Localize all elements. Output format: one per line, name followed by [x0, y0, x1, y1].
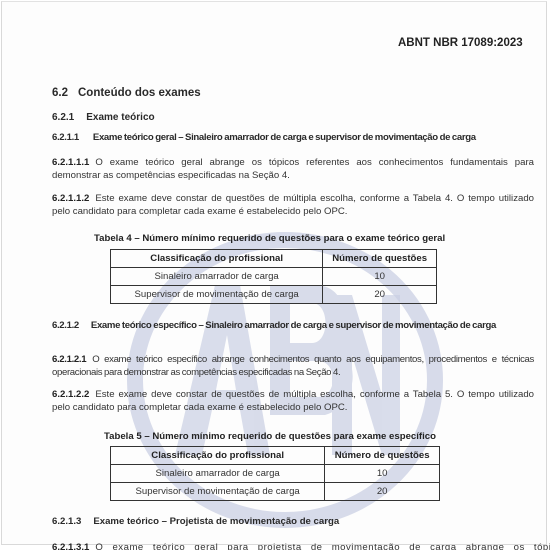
table-5: Classificação do profissional Número de …	[110, 446, 440, 501]
table-header-row: Classificação do profissional Número de …	[111, 447, 440, 465]
subsection-heading: 6.2.1Exame teórico	[52, 112, 155, 123]
paragraph-text: Este exame deve constar de questões de m…	[52, 389, 534, 413]
table-row: Sinaleiro amarrador de carga 10	[111, 465, 440, 483]
table-cell: Supervisor de movimentação de carga	[111, 483, 325, 501]
standard-code-header: ABNT NBR 17089:2023	[398, 37, 523, 49]
table-cell: 20	[323, 286, 437, 304]
subsection-title: Exame teórico	[86, 112, 154, 123]
paragraph-number: 6.2.1.1.2	[52, 193, 89, 204]
paragraph-6-2-1-1-2: 6.2.1.1.2Este exame deve constar de ques…	[52, 192, 534, 218]
table-cell: 20	[325, 483, 440, 501]
heading-6-2-1-3: 6.2.1.3Exame teórico – Projetista de mov…	[52, 515, 339, 529]
heading-number: 6.2.1.2	[52, 320, 79, 331]
table-row: Supervisor de movimentação de carga 20	[111, 483, 440, 501]
table-4-caption: Tabela 4 – Número mínimo requerido de qu…	[94, 233, 445, 244]
paragraph-text: O exame teórico geral abrange os tópicos…	[52, 157, 534, 181]
table-4: Classificação do profissional Número de …	[110, 249, 437, 304]
heading-6-2-1-2: 6.2.1.2Exame teórico específico – Sinale…	[52, 319, 542, 333]
heading-title: Exame teórico específico – Sinaleiro ama…	[91, 320, 496, 331]
table-row: Supervisor de movimentação de carga 20	[111, 286, 437, 304]
subsection-number: 6.2.1	[52, 112, 74, 123]
heading-number: 6.2.1.3	[52, 516, 81, 527]
paragraph-6-2-1-3-1: 6.2.1.3.1O exame teórico geral para proj…	[52, 541, 500, 550]
paragraph-text: O exame teórico específico abrange conhe…	[52, 354, 534, 378]
paragraph-text: O exame teórico geral para projetista de…	[95, 542, 550, 550]
heading-6-2-1-1: 6.2.1.1Exame teórico geral – Sinaleiro a…	[52, 131, 542, 145]
section-heading: 6.2Conteúdo dos exames	[52, 87, 201, 99]
paragraph-6-2-1-2-1: 6.2.1.2.1O exame teórico específico abra…	[52, 353, 534, 379]
table-cell: Supervisor de movimentação de carga	[111, 286, 323, 304]
table-cell: 10	[325, 465, 440, 483]
table-header-row: Classificação do profissional Número de …	[111, 250, 437, 268]
table-cell: 10	[323, 268, 437, 286]
section-number: 6.2	[52, 87, 68, 99]
paragraph-number: 6.2.1.3.1	[52, 542, 89, 550]
heading-title: Exame teórico geral – Sinaleiro amarrado…	[93, 132, 476, 143]
column-header: Número de questões	[325, 447, 440, 465]
heading-title: Exame teórico – Projetista de movimentaç…	[93, 516, 339, 527]
paragraph-text: Este exame deve constar de questões de m…	[52, 193, 534, 217]
heading-number: 6.2.1.1	[52, 132, 79, 143]
table-5-caption: Tabela 5 – Número mínimo requerido de qu…	[104, 431, 436, 442]
table-cell: Sinaleiro amarrador de carga	[111, 268, 323, 286]
paragraph-6-2-1-1-1: 6.2.1.1.1O exame teórico geral abrange o…	[52, 156, 534, 182]
paragraph-number: 6.2.1.1.1	[52, 157, 89, 168]
table-row: Sinaleiro amarrador de carga 10	[111, 268, 437, 286]
paragraph-number: 6.2.1.2.1	[52, 354, 86, 365]
section-title: Conteúdo dos exames	[78, 87, 201, 99]
paragraph-number: 6.2.1.2.2	[52, 389, 89, 400]
column-header: Classificação do profissional	[111, 250, 323, 268]
column-header: Classificação do profissional	[111, 447, 325, 465]
column-header: Número de questões	[323, 250, 437, 268]
table-cell: Sinaleiro amarrador de carga	[111, 465, 325, 483]
paragraph-6-2-1-2-2: 6.2.1.2.2Este exame deve constar de ques…	[52, 388, 534, 414]
